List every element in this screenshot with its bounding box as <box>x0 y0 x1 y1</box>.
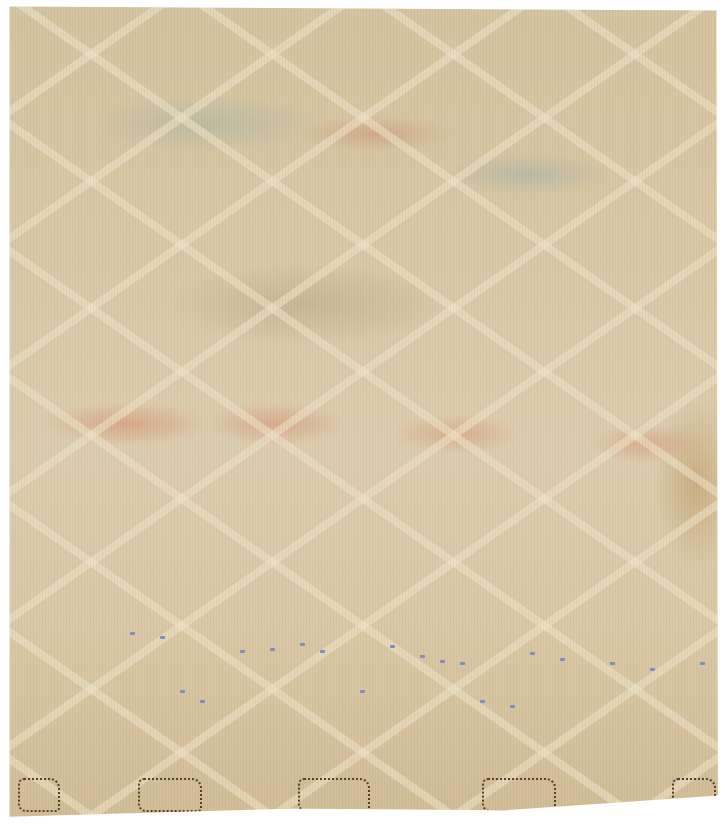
blue-dot <box>130 632 135 635</box>
blue-dot <box>610 662 615 665</box>
blue-dot <box>440 660 445 663</box>
blue-dot <box>240 650 245 653</box>
blue-dot <box>160 636 165 639</box>
blue-dot <box>390 645 395 648</box>
border-motif <box>672 778 716 812</box>
blue-dot <box>360 690 365 693</box>
blue-dot <box>300 643 305 646</box>
blue-dot <box>650 668 655 671</box>
blue-dot <box>180 690 185 693</box>
blue-dot <box>460 662 465 665</box>
rug-photo <box>6 4 720 820</box>
blue-dot <box>700 662 705 665</box>
border-motif <box>138 778 202 812</box>
blue-dot <box>320 650 325 653</box>
blue-accent-dots <box>6 4 720 820</box>
blue-dot <box>270 648 275 651</box>
blue-dot <box>420 655 425 658</box>
blue-dot <box>200 700 205 703</box>
blue-dot <box>480 700 485 703</box>
blue-dot <box>560 658 565 661</box>
border-motif <box>482 778 556 812</box>
border-motif <box>298 778 370 812</box>
border-motif <box>18 778 60 812</box>
blue-dot <box>530 652 535 655</box>
blue-dot <box>510 705 515 708</box>
